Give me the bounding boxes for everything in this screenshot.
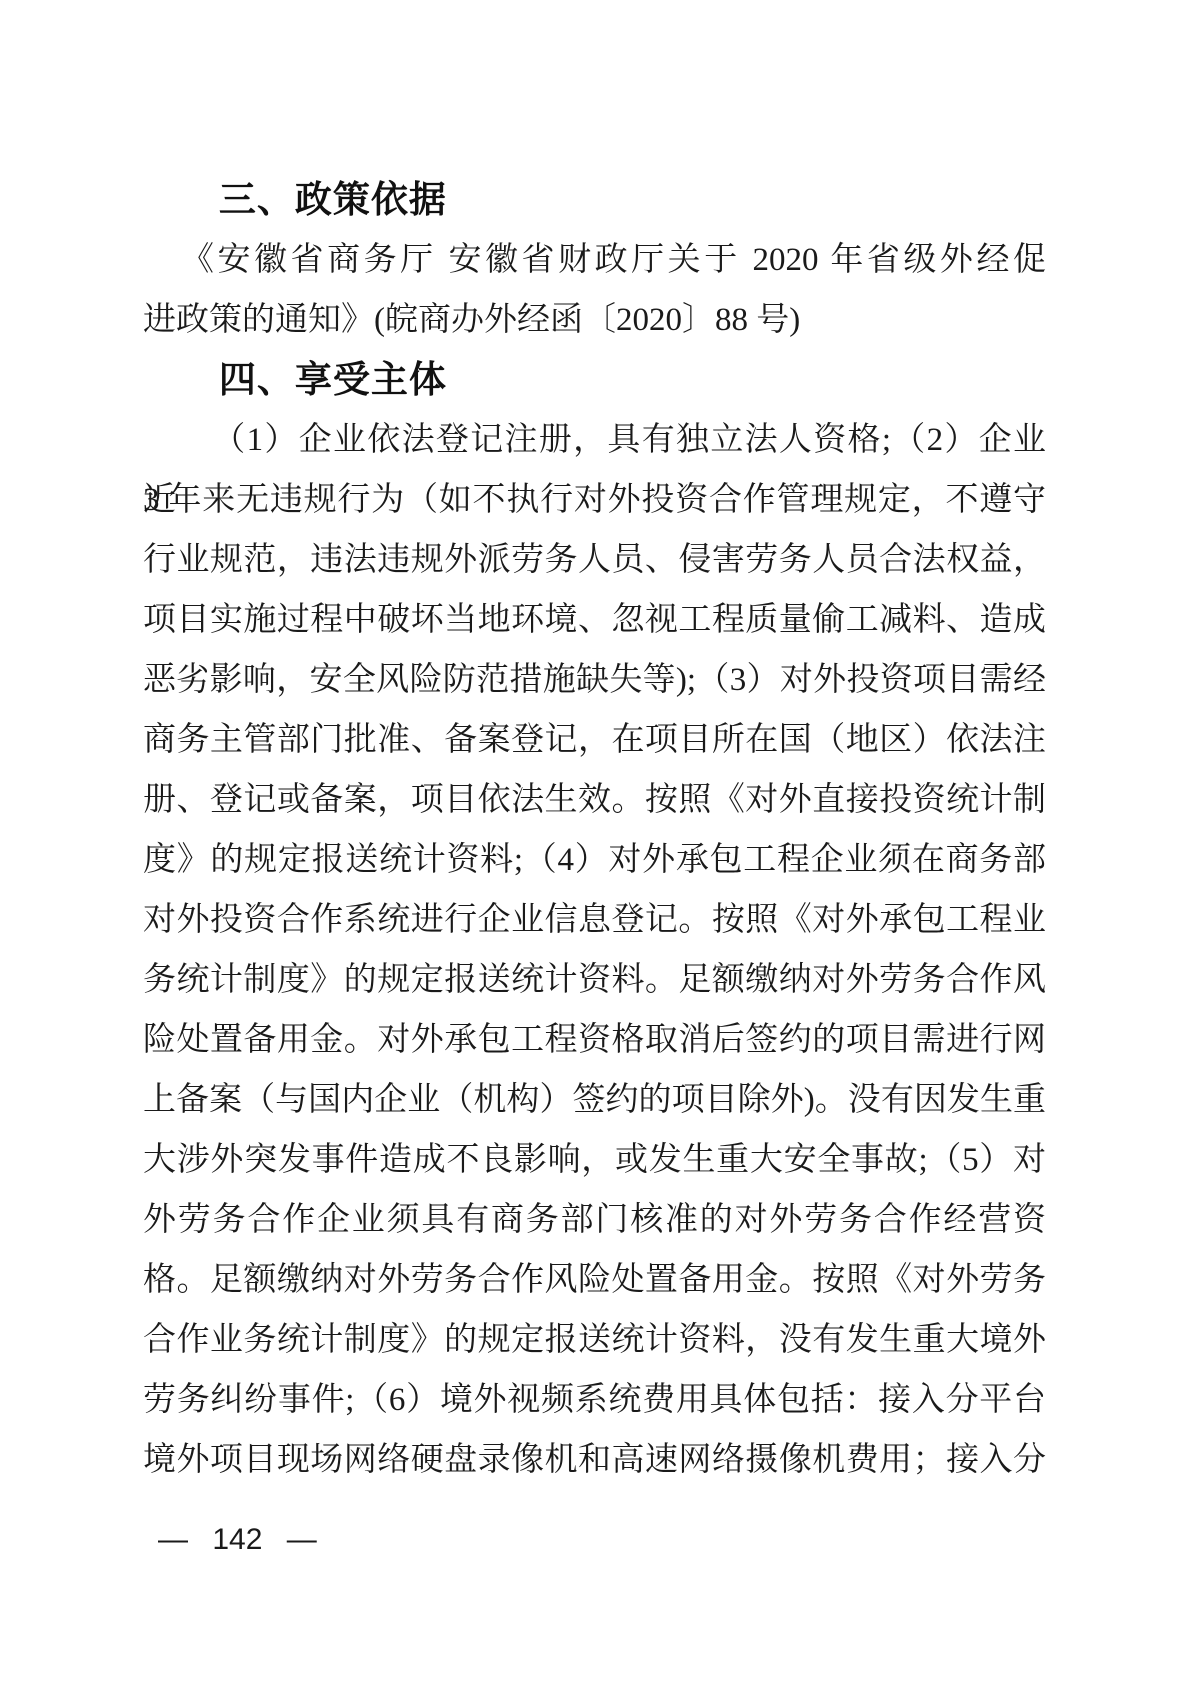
text-line: 外劳务合作企业须具有商务部门核准的对外劳务合作经营资 [143,1190,1046,1250]
text-line: 项目实施过程中破坏当地环境、忽视工程质量偷工减料、造成 [143,590,1046,650]
text-line: 险处置备用金。对外承包工程资格取消后签约的项目需进行网 [143,1010,1046,1070]
text-line: 劳务纠纷事件;（6）境外视频系统费用具体包括：接入分平台 [143,1370,1046,1430]
text-line: 《安徽省商务厅 安徽省财政厅关于 2020 年省级外经促 [143,230,1046,290]
section-heading-eligible-entities: 四、享受主体 [143,350,1046,410]
text-line: 大涉外突发事件造成不良影响，或发生重大安全事故;（5）对 [143,1130,1046,1190]
policy-basis-paragraph: 《安徽省商务厅 安徽省财政厅关于 2020 年省级外经促 进政策的通知》(皖商办… [143,230,1046,350]
document-content: 三、政策依据 《安徽省商务厅 安徽省财政厅关于 2020 年省级外经促 进政策的… [143,170,1046,1490]
text-line: 恶劣影响，安全风险防范措施缺失等);（3）对外投资项目需经 [143,650,1046,710]
text-line: 进政策的通知》(皖商办外经函〔2020〕88 号) [143,290,1046,350]
text-line: 册、登记或备案，项目依法生效。按照《对外直接投资统计制 [143,770,1046,830]
text-line: 格。足额缴纳对外劳务合作风险处置备用金。按照《对外劳务 [143,1250,1046,1310]
text-line: （1）企业依法登记注册，具有独立法人资格;（2）企业近 [143,410,1046,470]
text-line: 上备案（与国内企业（机构）签约的项目除外)。没有因发生重 [143,1070,1046,1130]
text-line: 度》的规定报送统计资料;（4）对外承包工程企业须在商务部 [143,830,1046,890]
text-line: 务统计制度》的规定报送统计资料。足额缴纳对外劳务合作风 [143,950,1046,1010]
eligible-entities-paragraph: （1）企业依法登记注册，具有独立法人资格;（2）企业近 3 年来无违规行为（如不… [143,410,1046,1490]
page-number: — 142 — [158,1520,317,1560]
text-line: 对外投资合作系统进行企业信息登记。按照《对外承包工程业 [143,890,1046,950]
text-line: 行业规范，违法违规外派劳务人员、侵害劳务人员合法权益， [143,530,1046,590]
text-line: 商务主管部门批准、备案登记，在项目所在国（地区）依法注 [143,710,1046,770]
text-line: 境外项目现场网络硬盘录像机和高速网络摄像机费用；接入分 [143,1430,1046,1490]
text-line: 合作业务统计制度》的规定报送统计资料，没有发生重大境外 [143,1310,1046,1370]
section-heading-policy-basis: 三、政策依据 [143,170,1046,230]
document-page: 三、政策依据 《安徽省商务厅 安徽省财政厅关于 2020 年省级外经促 进政策的… [0,0,1190,1683]
text-line: 3 年来无违规行为（如不执行对外投资合作管理规定，不遵守 [143,470,1046,530]
